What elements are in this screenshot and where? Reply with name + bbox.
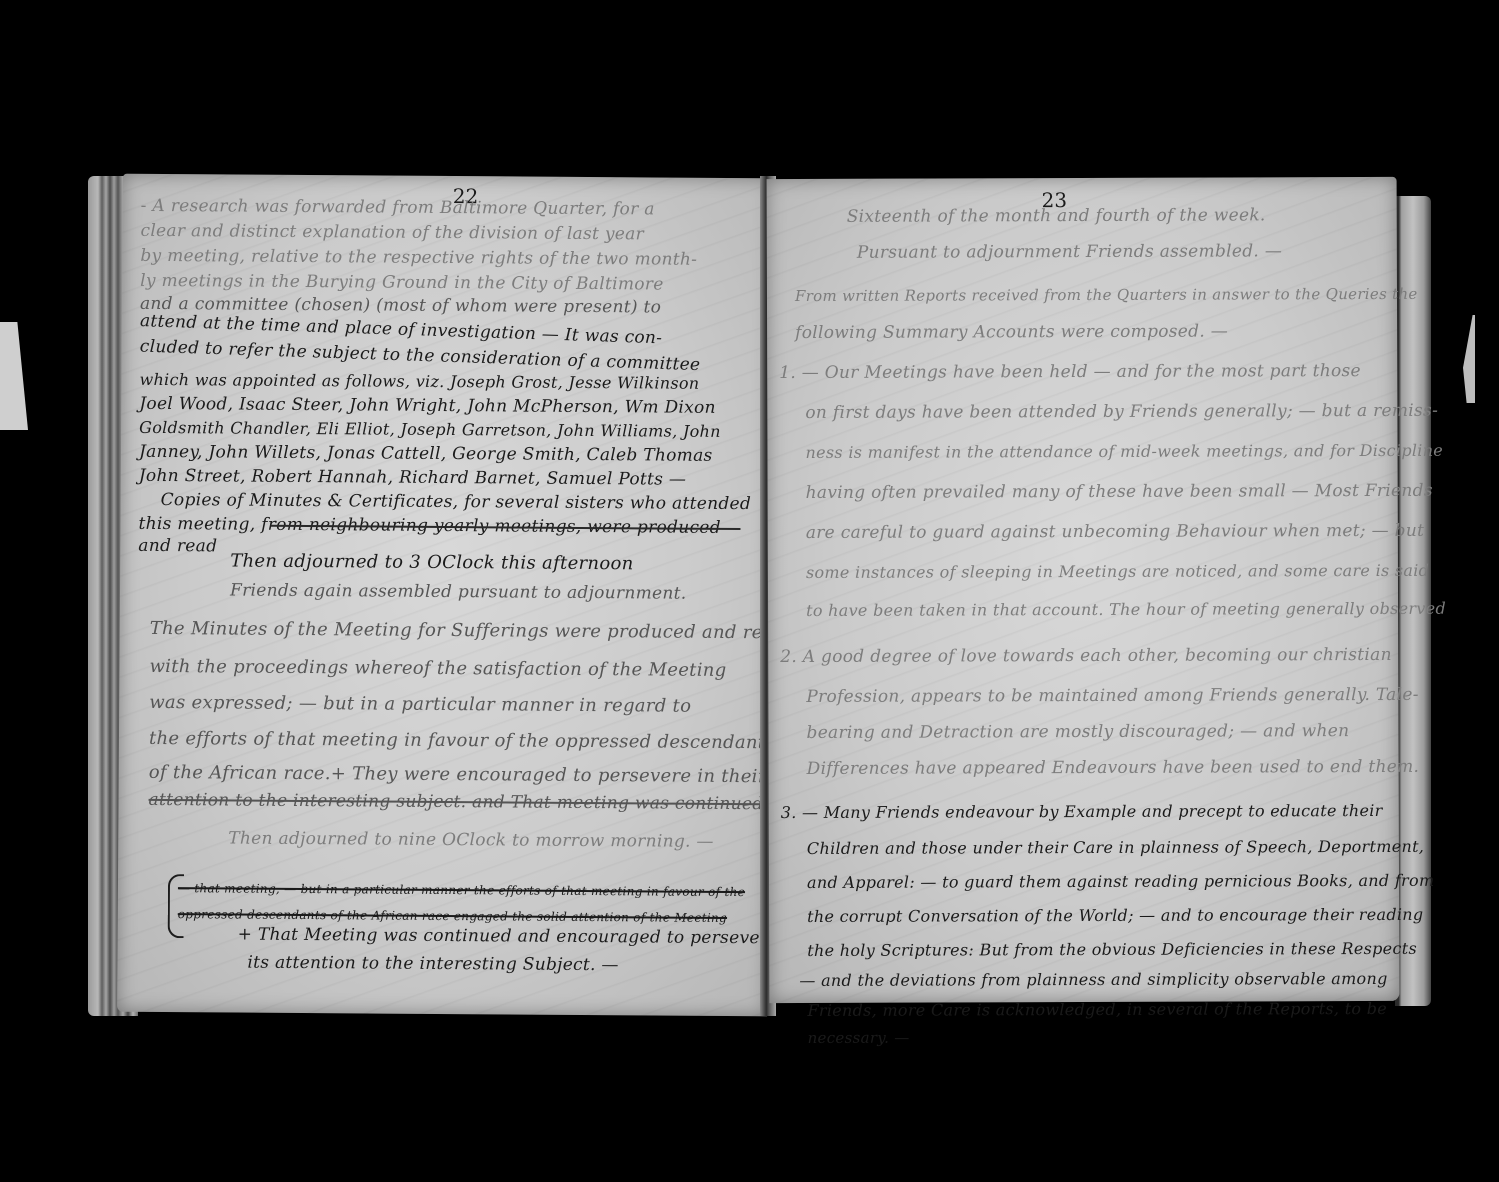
text-line: 3. — Many Friends endeavour by Example a…: [781, 803, 1383, 821]
text-line: clear and distinct explanation of the di…: [140, 223, 644, 244]
text-line: + That Meeting was continued and encoura…: [238, 927, 802, 948]
text-line: the corrupt Conversation of the World; —…: [807, 907, 1423, 925]
text-line: Children and those under their Care in p…: [807, 839, 1424, 857]
text-line: some instances of sleeping in Meetings a…: [806, 563, 1429, 581]
text-line: bearing and Detraction are mostly discou…: [806, 723, 1349, 742]
text-line: Profession, appears to be maintained amo…: [806, 687, 1418, 706]
text-line: on first days have been attended by Frie…: [805, 403, 1438, 422]
text-line: - A research was forwarded from Baltimor…: [141, 198, 655, 219]
text-line: following Summary Accounts were composed…: [795, 323, 1228, 342]
text-line: its attention to the interesting Subject…: [247, 955, 618, 975]
right-page: 23 Sixteenth of the month and fourth of …: [767, 177, 1400, 1003]
paper-scrap-left: [0, 322, 28, 430]
text-line: ly meetings in the Burying Ground in the…: [140, 273, 664, 294]
struck-text-line: oppressed descendants of the African rac…: [178, 908, 727, 924]
left-page: 22 - A research was forwarded from Balti…: [117, 174, 773, 1017]
text-line: Sixteenth of the month and fourth of the…: [847, 207, 1266, 225]
text-line: Pursuant to adjournment Friends assemble…: [857, 243, 1282, 261]
text-line: 2. A good degree of love towards each ot…: [780, 647, 1392, 666]
text-line: and Apparel: — to guard them against rea…: [807, 873, 1434, 891]
text-line: Friends, more Care is acknowledged, in s…: [807, 1001, 1387, 1019]
text-line: necessary. —: [808, 1031, 910, 1046]
text-line: From written Reports received from the Q…: [795, 287, 1418, 304]
text-line: — and the deviations from plainness and …: [799, 971, 1387, 989]
text-line: Then adjourned to 3 OClock this afternoo…: [230, 553, 633, 574]
text-line: 1. — Our Meetings have been held — and f…: [779, 363, 1361, 382]
text-line: Friends again assembled pursuant to adjo…: [230, 582, 687, 602]
text-line: by meeting, relative to the respective r…: [140, 248, 697, 269]
text-line: are careful to guard against unbecoming …: [806, 523, 1424, 542]
text-line: which was appointed as follows, viz. Jos…: [139, 372, 699, 392]
text-line: and read: [138, 538, 217, 556]
text-line: Copies of Minutes & Certificates, for se…: [161, 492, 752, 513]
text-line: of the African race.+ They were encourag…: [149, 764, 767, 786]
text-line: to have been taken in that account. The …: [806, 601, 1446, 619]
text-line: Differences have appeared Endeavours hav…: [807, 759, 1420, 778]
scan-frame: 22 - A research was forwarded from Balti…: [0, 0, 1499, 1182]
text-line: John Street, Robert Hannah, Richard Barn…: [139, 468, 686, 489]
text-line: The Minutes of the Meeting for Suffering…: [150, 620, 786, 642]
struck-text-line: attention to the interesting subject. an…: [148, 792, 763, 813]
text-line: ness is manifest in the attendance of mi…: [805, 443, 1443, 461]
text-line: with the proceedings whereof the satisfa…: [149, 658, 726, 680]
text-line: the efforts of that meeting in favour of…: [149, 730, 775, 752]
paper-scrap-right: [1463, 315, 1475, 403]
text-line: the holy Scriptures: But from the obviou…: [807, 941, 1417, 959]
text-line: having often prevailed many of these hav…: [806, 483, 1433, 502]
struck-text-line: — that meeting, — but in a particular ma…: [178, 882, 745, 898]
text-line: Joel Wood, Isaac Steer, John Wright, Joh…: [139, 396, 716, 417]
text-line: was expressed; — but in a particular man…: [149, 694, 691, 716]
text-line: Janney, John Willets, Jonas Cattell, Geo…: [139, 444, 713, 465]
text-line: Then adjourned to nine OClock to morrow …: [228, 830, 714, 850]
text-line: Goldsmith Chandler, Eli Elliot, Joseph G…: [139, 420, 721, 440]
